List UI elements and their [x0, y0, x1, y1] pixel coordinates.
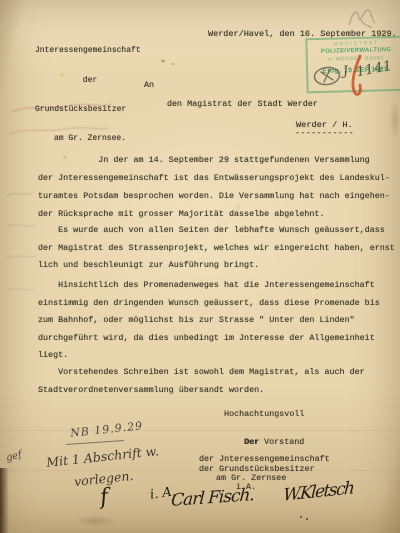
paper-crease-line: [0, 430, 400, 431]
recipient-place-underline: -----------: [295, 128, 354, 138]
ink-dot: [300, 516, 302, 518]
corner-pencil-initials: [344, 2, 386, 32]
pencil-note-line1: Mit 1 Abschrift w.: [46, 443, 160, 470]
signature-block-title: Der Vorstand: [244, 437, 304, 447]
scanned-letter-page: Jnteressengemeinschaft der Grundstücksbe…: [0, 0, 400, 533]
body-paragraph-3: Hinsichtlich des Promenadenweges hat die…: [38, 277, 398, 365]
pencil-note-date: NB 19.9.29: [70, 419, 144, 440]
ink-flourish-mark: f: [99, 485, 110, 511]
letterhead-line4: am Gr. Zernsee.: [35, 134, 145, 144]
body-paragraph-1: Jn der am 14. September 29 stattgefunden…: [38, 151, 398, 223]
ink-dot: [306, 518, 308, 520]
body-paragraph-4: Vorstehendes Schreiben ist sowohl dem Ma…: [38, 364, 398, 399]
addressee-line: den Magistrat der Stadt Werder: [167, 99, 318, 109]
salutation-prefix: An: [144, 80, 154, 90]
signature-title-rest: Vorstand: [259, 437, 304, 447]
letterhead-line2: der: [35, 76, 145, 86]
pencil-margin-mark: gef: [5, 449, 23, 464]
stamp-office: POLIZEIVERWALTUNG: [308, 47, 400, 56]
signature-right: W.Kletsch: [282, 478, 354, 506]
pencil-note-underline: [66, 440, 124, 445]
paper-edge-shadow: [0, 468, 9, 533]
signature-center: Carl Fisch.: [170, 485, 254, 511]
letterhead-org-name: Jnteressengemeinschaft: [35, 46, 145, 56]
signature-block-line2: der Jnteressengemeinschaft: [199, 454, 330, 464]
body-paragraph-2: Es wurde auch von allen Seiten der lebha…: [38, 222, 398, 275]
letterhead-line3: Grundstücksbesitzer: [35, 105, 145, 115]
letterhead: Jnteressengemeinschaft der Grundstücksbe…: [35, 27, 145, 163]
signature-title-bold: Der: [244, 437, 259, 447]
valediction: Hochachtungsvoll: [224, 409, 304, 419]
